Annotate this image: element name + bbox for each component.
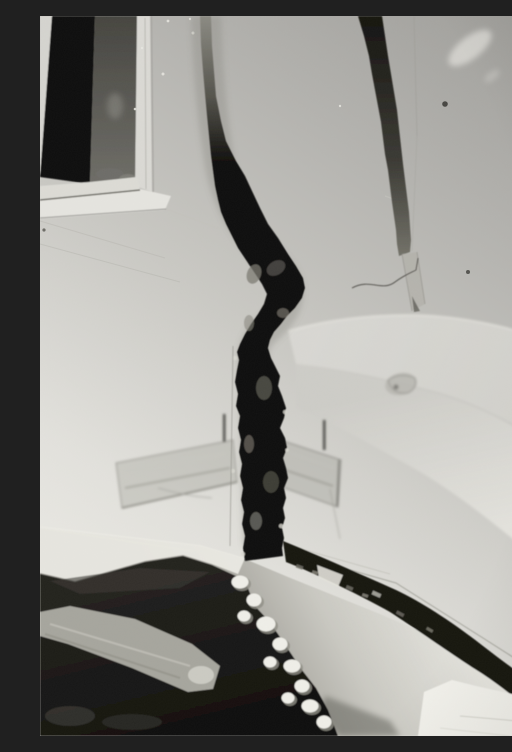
photograph bbox=[40, 16, 512, 736]
photo-canvas bbox=[40, 16, 512, 736]
film-grain bbox=[40, 16, 512, 736]
